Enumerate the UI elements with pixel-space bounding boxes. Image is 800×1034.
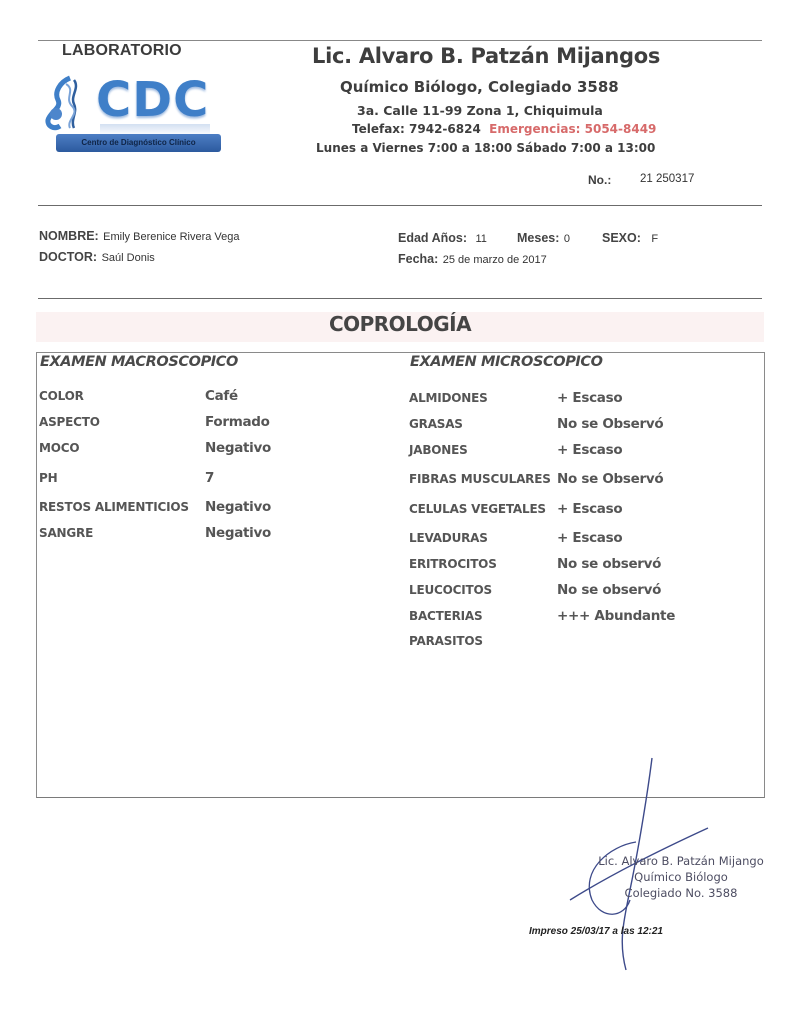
- result-value: No se Observó: [557, 416, 663, 432]
- age-months: 0: [564, 233, 570, 245]
- result-label: JABONES: [409, 443, 468, 457]
- doctor-heading: Lic. Alvaro B. Patzán Mijangos: [312, 44, 660, 68]
- result-value: Negativo: [205, 499, 271, 515]
- business-hours: Lunes a Viernes 7:00 a 18:00 Sábado 7:00…: [316, 141, 655, 155]
- referring-doctor: Saúl Donis: [102, 252, 155, 264]
- result-value: Café: [205, 388, 238, 404]
- age-years: 11: [475, 233, 486, 245]
- address: 3a. Calle 11-99 Zona 1, Chiquimula: [357, 103, 603, 118]
- caduceus-icon: [40, 74, 94, 132]
- result-value: Negativo: [205, 525, 271, 541]
- report-date: 25 de marzo de 2017: [443, 254, 547, 266]
- logo-banner: Centro de Diagnóstico Clínico: [56, 134, 221, 152]
- report-number: 21 250317: [640, 173, 694, 185]
- result-label: BACTERIAS: [409, 609, 482, 623]
- emergency-phone: Emergencias: 5054-8449: [489, 122, 656, 136]
- result-label: LEUCOCITOS: [409, 583, 492, 597]
- macro-heading: EXAMEN MACROSCOPICO: [40, 354, 238, 370]
- result-label: SANGRE: [39, 526, 93, 540]
- report-title: COPROLOGÍA: [0, 312, 800, 336]
- date-label: Fecha:: [398, 252, 438, 266]
- date-row: Fecha: 25 de marzo de 2017: [398, 250, 547, 268]
- months-row: Meses: 0: [517, 229, 570, 247]
- patient-divider: [38, 298, 762, 299]
- doctor-label: DOCTOR:: [39, 250, 97, 264]
- result-label: COLOR: [39, 389, 84, 403]
- result-value: + Escaso: [557, 501, 622, 517]
- result-label: FIBRAS MUSCULARES: [409, 472, 551, 486]
- stamp-title: Químico Biólogo: [586, 869, 776, 885]
- report-number-label: No.:: [588, 173, 611, 187]
- result-label: GRASAS: [409, 417, 463, 431]
- telefax: Telefax: 7942-6824: [352, 122, 481, 136]
- result-value: No se Observó: [557, 471, 663, 487]
- result-label: MOCO: [39, 441, 79, 455]
- result-label: ALMIDONES: [409, 391, 488, 405]
- phone-line: Telefax: 7942-6824 Emergencias: 5054-844…: [352, 122, 656, 136]
- age-months-label: Meses:: [517, 231, 559, 245]
- header-top-rule: [38, 40, 762, 41]
- result-label: PARASITOS: [409, 634, 483, 648]
- result-value: Formado: [205, 414, 270, 430]
- micro-heading: EXAMEN MICROSCOPICO: [410, 354, 603, 370]
- stamp-name: Lic. Alvaro B. Patzán Mijango: [586, 853, 776, 869]
- result-value: + Escaso: [557, 442, 622, 458]
- sex-row: SEXO: F: [602, 229, 658, 247]
- cdc-logo: CDC Centro de Diagnóstico Clínico: [38, 64, 223, 179]
- doctor-row: DOCTOR: Saúl Donis: [39, 248, 155, 266]
- result-label: ASPECTO: [39, 415, 100, 429]
- result-value: No se observó: [557, 582, 661, 598]
- lab-label: LABORATORIO: [62, 42, 182, 60]
- result-value: 7: [205, 470, 214, 486]
- patient-name: Emily Berenice Rivera Vega: [103, 231, 239, 243]
- result-label: PH: [39, 471, 57, 485]
- signature-stamp: Lic. Alvaro B. Patzán Mijango Químico Bi…: [586, 853, 776, 901]
- result-value: Negativo: [205, 440, 271, 456]
- result-label: LEVADURAS: [409, 531, 488, 545]
- result-label: ERITROCITOS: [409, 557, 497, 571]
- patient-name-row: NOMBRE: Emily Berenice Rivera Vega: [39, 227, 240, 245]
- result-value: + Escaso: [557, 390, 622, 406]
- logo-text: CDC: [96, 72, 209, 128]
- result-value: + Escaso: [557, 530, 622, 546]
- result-label: RESTOS ALIMENTICIOS: [39, 500, 189, 514]
- name-label: NOMBRE:: [39, 229, 99, 243]
- sex: F: [651, 233, 658, 245]
- stamp-registration: Colegiado No. 3588: [586, 885, 776, 901]
- result-value: No se observó: [557, 556, 661, 572]
- sex-label: SEXO:: [602, 231, 641, 245]
- credentials: Químico Biólogo, Colegiado 3588: [340, 78, 619, 96]
- age-row: Edad Años: 11: [398, 229, 487, 247]
- result-label: CELULAS VEGETALES: [409, 502, 546, 516]
- header-divider: [38, 205, 762, 206]
- age-years-label: Edad Años:: [398, 231, 467, 245]
- result-value: +++ Abundante: [557, 608, 675, 624]
- printed-timestamp: Impreso 25/03/17 a las 12:21: [529, 926, 663, 937]
